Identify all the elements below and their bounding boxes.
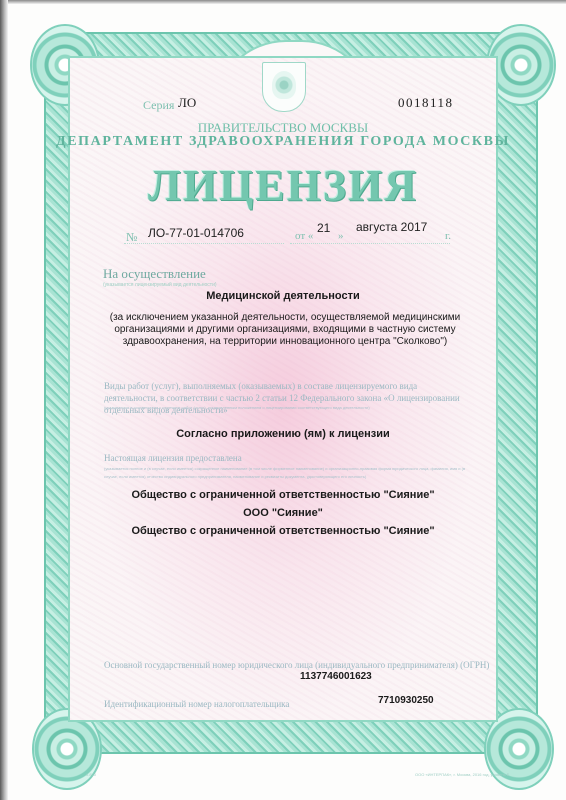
date-day: 21 — [317, 221, 330, 235]
date-month-year: августа 2017 — [356, 220, 427, 234]
inn-value: 7710930250 — [378, 695, 434, 706]
printer-imprint: ООО «ИНТЕРПАК», г. Москва, 2016 год, уро… — [415, 772, 509, 777]
footer-code: 0.870 — [86, 772, 96, 777]
appendix-reference: Согласно приложению (ям) к лицензии — [0, 428, 566, 440]
ogrn-value: 1137746001623 — [300, 671, 372, 682]
works-note: Виды работ (услуг), выполняемых (оказыва… — [104, 380, 470, 416]
license-number: ЛО-77-01-014706 — [148, 226, 244, 240]
purpose-label: На осуществление — [103, 266, 206, 282]
serial-number: 0018118 — [398, 95, 454, 111]
inn-label: Идентификационный номер налогоплательщик… — [104, 699, 289, 709]
organization-brand-name: Общество с ограниченной ответственностью… — [0, 525, 566, 537]
document-title: ЛИЦЕНЗИЯ — [0, 160, 566, 211]
date-year-suffix: г. — [445, 230, 451, 242]
department-heading: ДЕПАРТАМЕНТ ЗДРАВООХРАНЕНИЯ ГОРОДА МОСКВ… — [0, 134, 566, 150]
purpose-hint: (указывается лицензируемый вид деятельно… — [103, 282, 217, 288]
works-hint: (указываются в соответствии с перечнем р… — [104, 405, 470, 410]
organization-full-name: Общество с ограниченной ответственностью… — [0, 489, 566, 501]
ogrn-label: Основной государственный номер юридическ… — [104, 660, 489, 670]
series-value: ЛО — [178, 95, 196, 111]
coat-of-arms-icon — [262, 62, 306, 112]
date-close-quote: » — [338, 230, 344, 242]
date-underline — [290, 243, 450, 244]
granted-label: Настоящая лицензия предоставлена — [104, 453, 242, 463]
granted-hint: (указывается полное и (в случае, если им… — [104, 465, 470, 481]
organization-short-name: ООО "Сияние" — [0, 507, 566, 519]
number-underline — [124, 243, 284, 244]
series-label: Серия — [143, 98, 174, 113]
activity-name: Медицинской деятельности — [0, 290, 566, 302]
date-from-label: от « — [295, 230, 313, 242]
activity-exclusion: (за исключением указанной деятельности, … — [100, 312, 470, 348]
